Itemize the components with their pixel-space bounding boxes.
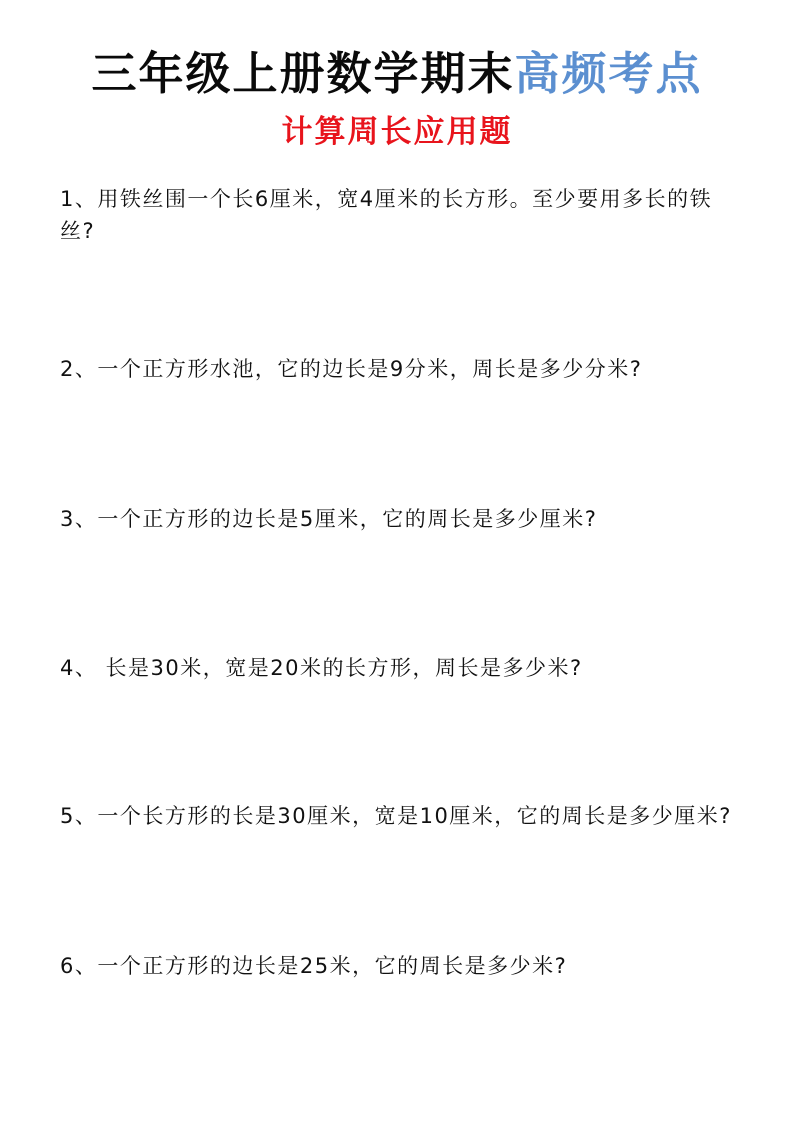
question-6: 6、一个正方形的边长是25米，它的周长是多少米?	[60, 950, 740, 982]
page-subtitle: 计算周长应用题	[0, 110, 794, 154]
title-main: 三年级上册数学期末	[91, 47, 514, 100]
question-3: 3、一个正方形的边长是5厘米，它的周长是多少厘米?	[60, 503, 740, 535]
page-title: 三年级上册数学期末高频考点	[0, 44, 794, 104]
question-4: 4、 长是30米，宽是20米的长方形，周长是多少米?	[60, 652, 740, 684]
question-5: 5、一个长方形的长是30厘米，宽是10厘米，它的周长是多少厘米?	[60, 800, 740, 832]
question-1: 1、用铁丝围一个长6厘米，宽4厘米的长方形。至少要用多长的铁丝?	[60, 183, 740, 247]
question-2: 2、一个正方形水池，它的边长是9分米，周长是多少分米?	[60, 353, 740, 385]
title-highlight: 高频考点	[515, 47, 703, 100]
